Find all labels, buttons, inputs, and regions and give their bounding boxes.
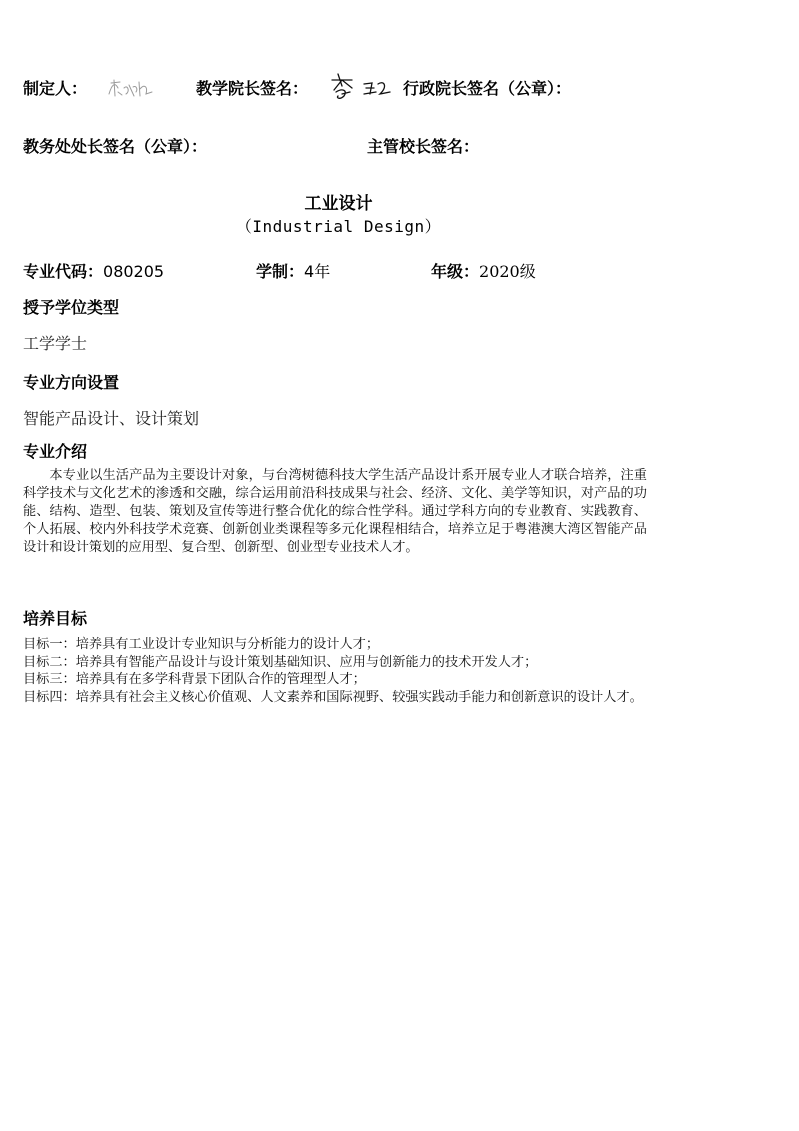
section-heading-direction: 专业方向设置 — [23, 370, 119, 393]
grade-value: 2020级 — [479, 262, 536, 281]
major-code: 专业代码：080205 — [23, 259, 164, 282]
creator-label: 制定人： — [23, 76, 87, 99]
vice-president-label: 主管校长签名： — [367, 134, 479, 157]
handwritten-signature-icon — [106, 74, 154, 100]
grade-label: 年级： — [431, 262, 479, 281]
degree-content: 工学学士 — [23, 331, 87, 354]
section-heading-intro: 专业介绍 — [23, 439, 87, 462]
major-code-label: 专业代码： — [23, 262, 103, 281]
intro-text: 本专业以生活产品为主要设计对象，与台湾树德科技大学生活产品设计系开展专业人才联合… — [23, 467, 647, 557]
admin-dean-label: 行政院长签名（公章）： — [403, 76, 571, 99]
duration-value: 4年 — [304, 262, 330, 281]
goal-item: 目标三：培养具有在多学科背景下团队合作的管理型人才； — [23, 671, 647, 689]
goals-list: 目标一：培养具有工业设计专业知识与分析能力的设计人才； 目标二：培养具有智能产品… — [23, 636, 647, 706]
intro-paragraph: 本专业以生活产品为主要设计对象，与台湾树德科技大学生活产品设计系开展专业人才联合… — [23, 467, 647, 557]
section-heading-goals: 培养目标 — [23, 606, 87, 629]
goal-item: 目标一：培养具有工业设计专业知识与分析能力的设计人才； — [23, 636, 647, 654]
creator-signature — [106, 74, 154, 100]
page-subtitle: （Industrial Design） — [0, 214, 677, 237]
major-code-value: 080205 — [103, 262, 164, 281]
section-heading-degree: 授予学位类型 — [23, 295, 119, 318]
grade: 年级：2020级 — [431, 259, 536, 282]
duration-label: 学制： — [256, 262, 304, 281]
academic-affairs-label: 教务处处长签名（公章）： — [23, 134, 207, 157]
duration: 学制：4年 — [256, 259, 330, 282]
goal-item: 目标二：培养具有智能产品设计与设计策划基础知识、应用与创新能力的技术开发人才； — [23, 654, 647, 672]
dean-signature — [328, 70, 400, 104]
goal-item: 目标四：培养具有社会主义核心价值观、人文素养和国际视野、较强实践动手能力和创新意… — [23, 689, 647, 707]
direction-content: 智能产品设计、设计策划 — [23, 406, 199, 429]
handwritten-signature-icon — [328, 70, 400, 104]
dean-label: 教学院长签名： — [196, 76, 308, 99]
page-title: 工业设计 — [0, 189, 677, 214]
